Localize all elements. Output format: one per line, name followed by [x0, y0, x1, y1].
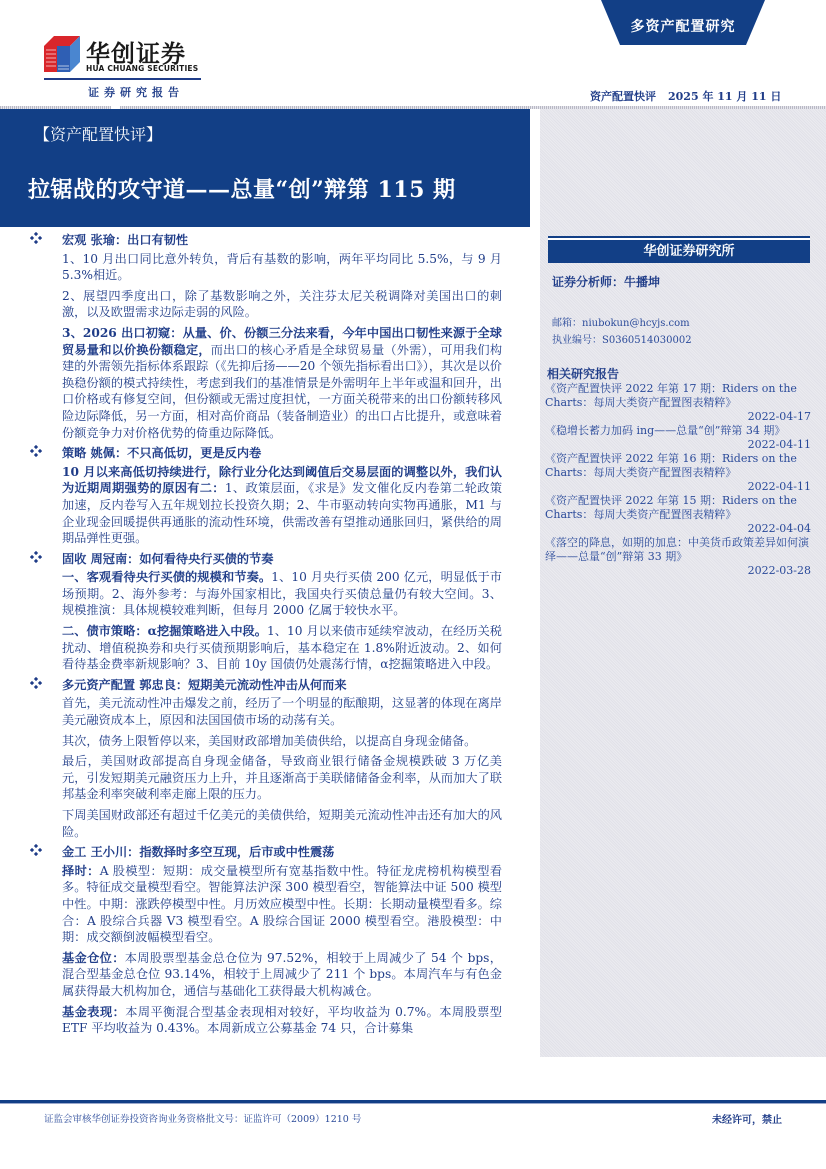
section-heading: 多元资产配置 郭忠良：短期美元流动性冲击从何而来: [30, 677, 502, 694]
paragraph: 2、展望四季度出口，除了基数影响之外，关注芬太尼关税调降对美国出口的刺激，以及欧…: [30, 288, 502, 321]
paragraph: 基金仓位：本周股票型基金总仓位为 97.52%，相较于上周减少了 54 个 bp…: [30, 950, 502, 1000]
related-report-item[interactable]: 《稳增长蓄力加码 ing——总量“创”辩第 34 期》 2022-04-11: [545, 424, 811, 452]
related-report-item[interactable]: 《落空的降息，如期的加息：中美货币政策差异如何演绎——总量“创”辩第 33 期》…: [545, 536, 811, 578]
related-report-item[interactable]: 《资产配置快评 2022 年第 17 期：Riders on the Chart…: [545, 382, 811, 424]
logo-cube-icon: [44, 36, 80, 72]
institute-banner: 华创证券研究所: [548, 236, 810, 263]
section-strategy: 策略 姚佩：不只高低切，更是反内卷 10 月以来高低切持续进行，除行业分化达到阈…: [30, 445, 502, 547]
paragraph: 3、2026 出口初窥：从量、价、份额三分法来看，今年中国出口韧性来源于全球贸易…: [30, 325, 502, 441]
research-series-tab: 多资产配置研究: [601, 0, 765, 45]
institute-name: 华创证券研究所: [548, 238, 810, 265]
report-type: 资产配置快评: [590, 90, 656, 103]
diamond-bullet-icon: [30, 445, 42, 457]
footer-notice: 未经许可，禁止: [712, 1111, 782, 1126]
paragraph: 一、客观看待央行买债的规模和节奏。1、10 月央行买债 200 亿元，明显低于市…: [30, 569, 502, 619]
paragraph: 下周美国财政部还有超过千亿美元的美债供给，短期美元流动性冲击还有加大的风险。: [30, 807, 502, 840]
related-reports-list: 《资产配置快评 2022 年第 17 期：Riders on the Chart…: [545, 382, 811, 578]
section-multi-asset: 多元资产配置 郭忠良：短期美元流动性冲击从何而来 首先，美元流动性冲击爆发之前，…: [30, 677, 502, 840]
page-title: 拉锯战的攻守道——总量“创”辩第 115 期: [28, 173, 456, 204]
paragraph: 最后，美国财政部提高自身现金储备，导致商业银行储备金规模跌破 3 万亿美元，引发…: [30, 753, 502, 803]
analyst-license: 执业编号：S0360514030002: [552, 331, 692, 346]
section-fixed-income: 固收 周冠南：如何看待央行买债的节奏 一、客观看待央行买债的规模和节奏。1、10…: [30, 551, 502, 673]
diamond-bullet-icon: [30, 677, 42, 689]
diamond-bullet-icon: [30, 232, 42, 244]
related-reports-heading: 相关研究报告: [547, 365, 619, 382]
paragraph: 首先，美元流动性冲击爆发之前，经历了一个明显的酝酿期，这显著的体现在离岸美元融资…: [30, 695, 502, 728]
related-report-title[interactable]: 《资产配置快评 2022 年第 15 期：Riders on the Chart…: [545, 494, 811, 522]
related-report-item[interactable]: 《资产配置快评 2022 年第 15 期：Riders on the Chart…: [545, 494, 811, 536]
section-heading: 策略 姚佩：不只高低切，更是反内卷: [30, 445, 502, 462]
analyst-email[interactable]: 邮箱：niubokun@hcyjs.com: [552, 314, 690, 329]
paragraph: 1、10 月出口同比意外转负，背后有基数的影响，两年平均同比 5.5%，与 9 …: [30, 251, 502, 284]
analyst-name: 证券分析师：牛播坤: [552, 273, 660, 290]
related-report-title[interactable]: 《稳增长蓄力加码 ing——总量“创”辩第 34 期》: [545, 424, 811, 438]
section-heading: 固收 周冠南：如何看待央行买债的节奏: [30, 551, 502, 568]
related-report-title[interactable]: 《资产配置快评 2022 年第 16 期：Riders on the Chart…: [545, 452, 811, 480]
related-report-date: 2022-04-11: [545, 438, 811, 452]
related-report-item[interactable]: 《资产配置快评 2022 年第 16 期：Riders on the Chart…: [545, 452, 811, 494]
paragraph: 其次，债务上限暂停以来，美国财政部增加美债供给，以提高自身现金储备。: [30, 733, 502, 750]
footer-divider: [0, 1100, 826, 1104]
related-report-title[interactable]: 《落空的降息，如期的加息：中美货币政策差异如何演绎——总量“创”辩第 33 期》: [545, 536, 811, 564]
logo-english-name: HUA CHUANG SECURITIES: [86, 64, 198, 73]
footer-license-text: 证监会审核华创证券投资咨询业务资格批文号：证监许可（2009）1210 号: [44, 1111, 361, 1125]
paragraph: 10 月以来高低切持续进行，除行业分化达到阈值后交易层面的调整以外，我们认为近期…: [30, 464, 502, 547]
title-tag: 【资产配置快评】: [34, 122, 162, 145]
report-body: 宏观 张瑜：出口有韧性 1、10 月出口同比意外转负，背后有基数的影响，两年平均…: [30, 232, 502, 1041]
paragraph: 择时：A 股模型：短期：成交量模型所有宽基指数中性。特征龙虎榜机构模型看多。特征…: [30, 863, 502, 946]
related-report-title[interactable]: 《资产配置快评 2022 年第 17 期：Riders on the Chart…: [545, 382, 811, 410]
related-report-date: 2022-03-28: [545, 564, 811, 578]
section-heading: 金工 王小川：指数择时多空互现，后市或中性震荡: [30, 844, 502, 861]
report-category-label: 证券研究报告: [88, 84, 184, 100]
related-report-date: 2022-04-11: [545, 480, 811, 494]
related-report-date: 2022-04-17: [545, 410, 811, 424]
section-quant: 金工 王小川：指数择时多空互现，后市或中性震荡 择时：A 股模型：短期：成交量模…: [30, 844, 502, 1037]
diamond-bullet-icon: [30, 551, 42, 563]
paragraph: 基金表现：本周平衡混合型基金表现相对较好，平均收益为 0.7%。本周股票型 ET…: [30, 1004, 502, 1037]
report-date-line: 资产配置快评2025 年 11 月 11 日: [590, 88, 781, 104]
research-series-label: 多资产配置研究: [601, 16, 765, 36]
section-heading: 宏观 张瑜：出口有韧性: [30, 232, 502, 249]
paragraph: 二、债市策略：α挖掘策略进入中段。1、10 月以来债市延续窄波动，在经历关税扰动…: [30, 623, 502, 673]
logo-underline: [44, 78, 201, 80]
diamond-bullet-icon: [30, 844, 42, 856]
section-macro: 宏观 张瑜：出口有韧性 1、10 月出口同比意外转负，背后有基数的影响，两年平均…: [30, 232, 502, 441]
related-report-date: 2022-04-04: [545, 522, 811, 536]
report-date: 2025 年 11 月 11 日: [668, 90, 781, 103]
company-logo: 华创证券 HUA CHUANG SECURITIES: [44, 36, 204, 84]
